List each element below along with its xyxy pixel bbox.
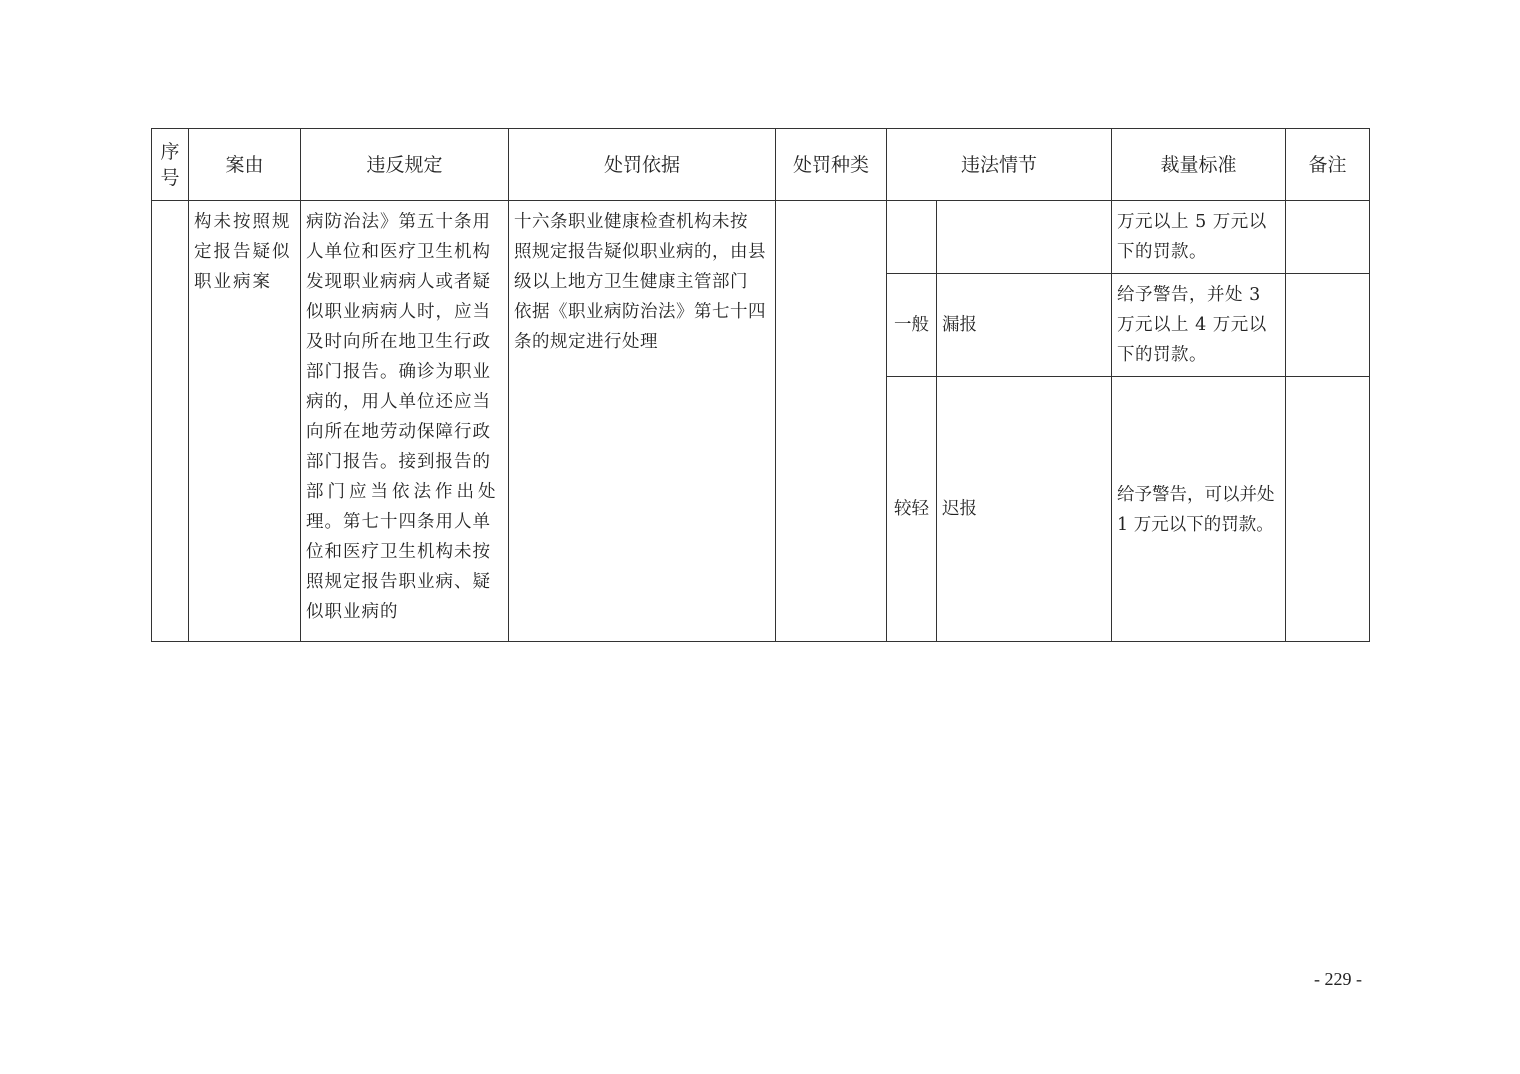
- cell-remarks: [1286, 377, 1370, 642]
- basis-line: 条的规定进行处理: [514, 327, 771, 357]
- basis-line: 照规定报告疑似职业病的，由县: [514, 237, 771, 267]
- circumstance-text: 迟报: [937, 494, 1111, 524]
- case-line: 定报告疑似: [194, 237, 296, 267]
- cell-remarks: [1286, 274, 1370, 377]
- standard-line: 下的罚款。: [1117, 340, 1281, 370]
- cell-violated-rule: 病防治法》第五十条用 人单位和医疗卫生机构 发现职业病病人或者疑 似职业病病人时…: [301, 201, 509, 642]
- header-case: 案由: [189, 129, 301, 201]
- rule-line: 病的，用人单位还应当: [306, 387, 504, 417]
- case-line: 职业病案: [194, 267, 296, 297]
- header-penalty-type: 处罚种类: [776, 129, 887, 201]
- circumstance-text: 漏报: [937, 310, 1111, 340]
- standard-line: 给予警告，可以并处: [1117, 480, 1281, 510]
- rule-line: 部门应当依法作出处: [306, 477, 504, 507]
- cell-case: 构未按照规 定报告疑似 职业病案: [189, 201, 301, 642]
- cell-level: 较轻: [887, 377, 937, 642]
- rule-line: 照规定报告职业病、疑: [306, 567, 504, 597]
- rule-line: 向所在地劳动保障行政: [306, 417, 504, 447]
- standard-line: 给予警告，并处 3: [1117, 280, 1281, 310]
- cell-standard: 万元以上 5 万元以 下的罚款。: [1112, 201, 1286, 274]
- rule-line: 及时向所在地卫生行政: [306, 327, 504, 357]
- rule-line: 病防治法》第五十条用: [306, 207, 504, 237]
- standard-line: 下的罚款。: [1117, 237, 1281, 267]
- table-row: 构未按照规 定报告疑似 职业病案 病防治法》第五十条用 人单位和医疗卫生机构 发…: [152, 201, 1370, 274]
- cell-penalty-basis: 十六条职业健康检查机构未按 照规定报告疑似职业病的，由县 级以上地方卫生健康主管…: [509, 201, 776, 642]
- cell-circumstance: 迟报: [937, 377, 1112, 642]
- document-page: 序 号 案由 违反规定 处罚依据 处罚种类 违法情节 裁量标准 备注 构未按照规: [0, 0, 1520, 1074]
- basis-line: 级以上地方卫生健康主管部门: [514, 267, 771, 297]
- rule-line: 似职业病的: [306, 597, 504, 627]
- cell-standard: 给予警告，可以并处 1 万元以下的罚款。: [1112, 377, 1286, 642]
- rule-line: 理。第七十四条用人单: [306, 507, 504, 537]
- basis-line: 依据《职业病防治法》第七十四: [514, 297, 771, 327]
- header-penalty-basis: 处罚依据: [509, 129, 776, 201]
- cell-circumstance: [937, 201, 1112, 274]
- header-seq-line1: 序: [152, 139, 188, 165]
- header-seq-line2: 号: [152, 165, 188, 191]
- cell-level: 一般: [887, 274, 937, 377]
- standard-line: 1 万元以下的罚款。: [1117, 510, 1281, 540]
- rule-line: 人单位和医疗卫生机构: [306, 237, 504, 267]
- rule-line: 似职业病病人时，应当: [306, 297, 504, 327]
- rule-line: 部门报告。接到报告的: [306, 447, 504, 477]
- rule-line: 位和医疗卫生机构未按: [306, 537, 504, 567]
- cell-circumstance: 漏报: [937, 274, 1112, 377]
- header-circumstances: 违法情节: [887, 129, 1112, 201]
- penalty-discretion-table: 序 号 案由 违反规定 处罚依据 处罚种类 违法情节 裁量标准 备注 构未按照规: [151, 128, 1370, 642]
- cell-seq: [152, 201, 189, 642]
- standard-line: 万元以上 4 万元以: [1117, 310, 1281, 340]
- cell-standard: 给予警告，并处 3 万元以上 4 万元以 下的罚款。: [1112, 274, 1286, 377]
- header-remarks: 备注: [1286, 129, 1370, 201]
- rule-line: 发现职业病病人或者疑: [306, 267, 504, 297]
- page-number: - 229 -: [1314, 969, 1362, 990]
- cell-remarks: [1286, 201, 1370, 274]
- rule-line: 部门报告。确诊为职业: [306, 357, 504, 387]
- header-seq: 序 号: [152, 129, 189, 201]
- table-header-row: 序 号 案由 违反规定 处罚依据 处罚种类 违法情节 裁量标准 备注: [152, 129, 1370, 201]
- basis-line: 十六条职业健康检查机构未按: [514, 207, 771, 237]
- case-line: 构未按照规: [194, 207, 296, 237]
- cell-penalty-type: [776, 201, 887, 642]
- header-violated-rule: 违反规定: [301, 129, 509, 201]
- header-discretion-standard: 裁量标准: [1112, 129, 1286, 201]
- standard-line: 万元以上 5 万元以: [1117, 207, 1281, 237]
- cell-level: [887, 201, 937, 274]
